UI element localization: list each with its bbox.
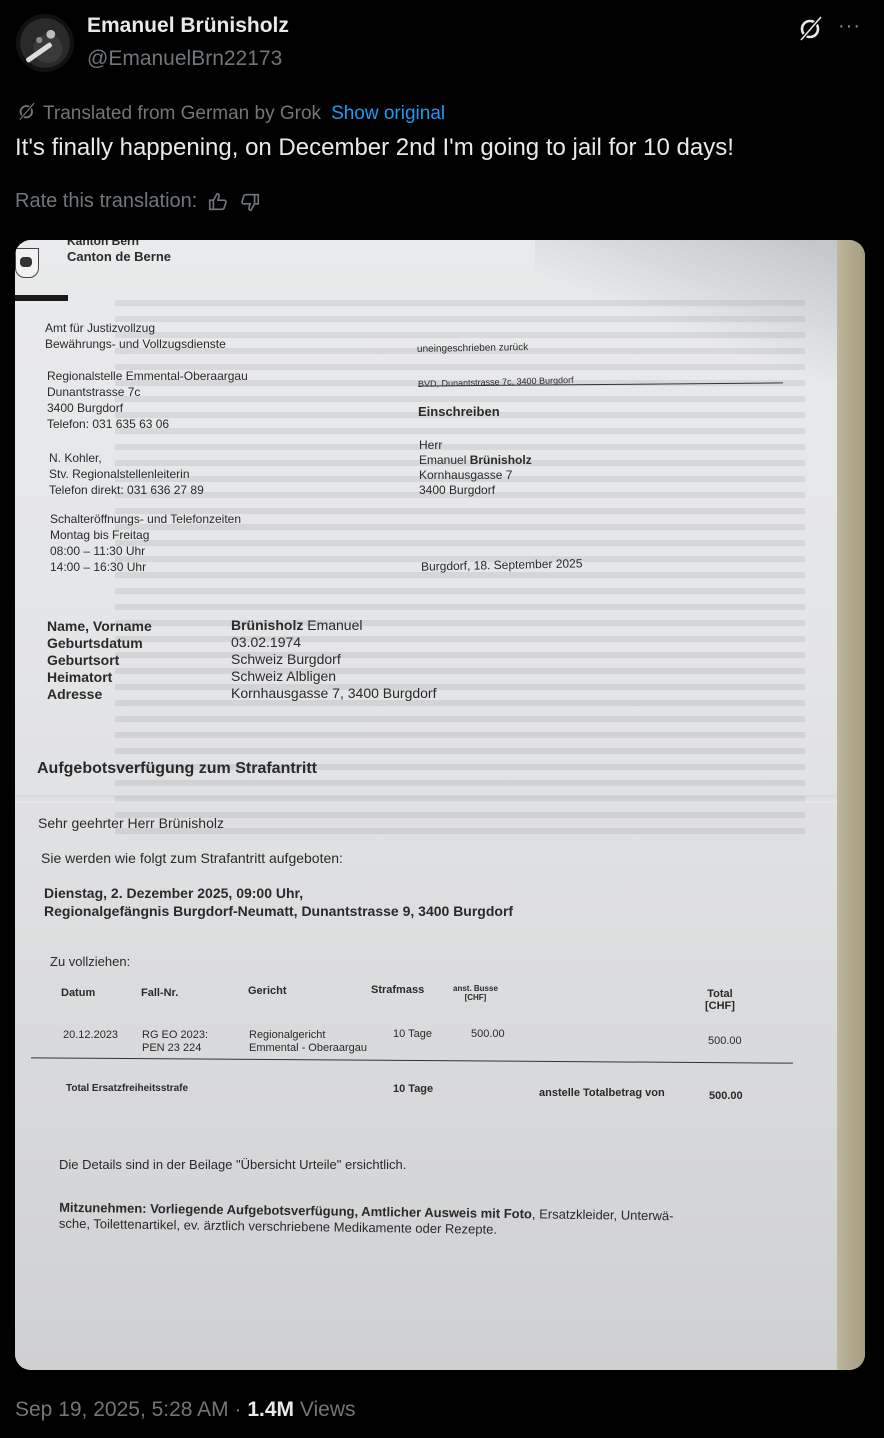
office-line: Amt für Justizvollzug [45,320,226,336]
label-address: Adresse [47,686,152,703]
phone-line: Telefon: 031 635 63 06 [47,416,248,432]
translation-notice: Translated from German by Grok Show orig… [17,101,445,127]
table-divider [31,1057,793,1063]
col-total: Total [CHF] [705,988,735,1012]
label-name: Name, Vorname [47,618,152,635]
row-case-line1: RG EO 2023: [142,1029,208,1042]
recipient-address: Herr Emanuel Brünisholz Kornhausgasse 7 … [419,438,532,498]
summary-total: 500.00 [709,1090,743,1103]
col-total-line1: Total [705,988,735,1000]
col-fine-line1: anst. Busse [453,984,498,993]
row-sentence: 10 Tage [393,1028,432,1041]
details-note: Die Details sind in der Beilage "Übersic… [59,1157,406,1172]
hours-afternoon: 14:00 – 16:30 Uhr [50,559,241,575]
hours-title: Schalteröffnungs- und Telefonzeiten [50,511,241,527]
value-home-town: Schweiz Albligen [231,668,436,685]
row-total: 500.00 [708,1035,742,1048]
translation-notice-text: Translated from German by Grok [43,103,321,125]
label-birth-place: Geburtsort [47,652,152,669]
recipient-salutation: Herr [419,438,532,453]
photo-shadow [535,240,837,380]
tweet-meta: Sep 19, 2025, 5:28 AM · 1.4M Views [15,1398,356,1422]
city-line: 3400 Burgdorf [47,400,248,416]
region-line: Regionalstelle Emmental-Oberaargau [47,368,248,384]
tweet-text: It's finally happening, on December 2nd … [15,134,734,162]
col-total-line2: [CHF] [705,1000,735,1012]
return-note: uneingeschrieben zurück [417,342,528,355]
row-court-line1: Regionalgericht [249,1029,367,1042]
hours-morning: 08:00 – 11:30 Uhr [50,543,241,559]
views-label: Views [294,1398,355,1421]
grok-icon[interactable] [797,14,825,42]
appointment-date: Dienstag, 2. Dezember 2025, 09:00 Uhr, [44,884,513,902]
more-icon[interactable]: ··· [838,16,864,36]
sender-office: Amt für Justizvollzug Bewährungs- und Vo… [45,320,226,352]
row-court: Regionalgericht Emmental - Oberaargau [249,1029,367,1055]
sender-address: Regionalstelle Emmental-Oberaargau Dunan… [47,368,248,432]
summary-sentence: 10 Tage [393,1083,433,1096]
letter-document: Kanton Bern Canton de Berne Amt für Just… [15,240,837,1370]
contact-name: N. Kohler, [49,450,204,466]
recipient-name: Emanuel Brünisholz [419,453,532,468]
bern-coat-of-arms-icon [15,248,39,278]
label-home-town: Heimatort [47,669,152,686]
intro-text: Sie werden wie folgt zum Strafantritt au… [41,850,343,866]
contact-person: N. Kohler, Stv. Regionalstellenleiterin … [49,450,204,498]
opening-hours: Schalteröffnungs- und Telefonzeiten Mont… [50,511,241,575]
value-first-name: Emanuel [307,617,362,633]
show-original-link[interactable]: Show original [331,103,445,125]
avatar[interactable] [16,14,74,72]
value-birth-place: Schweiz Burgdorf [231,651,436,668]
street-line: Dunantstrasse 7c [47,384,248,400]
row-date: 20.12.2023 [63,1029,118,1042]
document-title: Aufgebotsverfügung zum Strafantritt [37,760,317,778]
row-case: RG EO 2023: PEN 23 224 [142,1029,208,1055]
col-court: Gericht [248,985,287,997]
display-name[interactable]: Emanuel Brünisholz [87,14,289,38]
avatar-photo-detail [25,42,52,63]
contact-phone: Telefon direkt: 031 636 27 89 [49,482,204,498]
person-labels: Name, Vorname Geburtsdatum Geburtsort He… [47,618,152,703]
items-to-bring: Mitzunehmen: Vorliegende Aufgebotsverfüg… [59,1200,674,1241]
items-rest1: , Ersatzkleider, Unterwä- [532,1206,674,1223]
row-court-line2: Emmental - Oberaargau [249,1042,367,1055]
col-date: Datum [61,987,95,999]
meta-separator: · [229,1398,248,1421]
value-name: Brünisholz Emanuel [231,617,436,634]
value-last-name: Brünisholz [231,617,303,633]
recipient-last-name: Brünisholz [470,453,532,467]
value-birth-date: 03.02.1974 [231,634,436,651]
handle[interactable]: @EmanuelBrn22173 [87,47,282,71]
canton-name-de: Kanton Bern [67,240,139,248]
summary-instead-label: anstelle Totalbetrag von [539,1087,665,1100]
col-case: Fall-Nr. [141,987,178,999]
thumbs-up-icon[interactable] [207,191,229,213]
views-count: 1.4M [247,1398,294,1421]
appointment-place: Regionalgefängnis Burgdorf-Neumatt, Duna… [44,902,513,920]
row-fine: 500.00 [471,1028,505,1041]
background-surface [837,240,865,1370]
col-fine-line2: [CHF] [453,993,498,1002]
summary-label: Total Ersatzfreiheitsstrafe [66,1082,188,1095]
value-address: Kornhausgasse 7, 3400 Burgdorf [231,685,436,702]
appointment: Dienstag, 2. Dezember 2025, 09:00 Uhr, R… [44,884,513,920]
letterhead-bar [15,295,68,301]
col-sentence: Strafmass [371,984,424,996]
hours-days: Montag bis Freitag [50,527,241,543]
contact-role: Stv. Regionalstellenleiterin [49,466,204,482]
row-case-line2: PEN 23 224 [142,1042,208,1055]
timestamp[interactable]: Sep 19, 2025, 5:28 AM [15,1398,229,1421]
recipient-first-name: Emanuel [419,453,466,467]
rate-translation: Rate this translation: [15,190,261,213]
attached-photo[interactable]: Kanton Bern Canton de Berne Amt für Just… [15,240,865,1370]
execute-label: Zu vollziehen: [50,954,130,969]
col-fine: anst. Busse [CHF] [453,984,498,1002]
recipient-street: Kornhausgasse 7 [419,468,532,483]
canton-name-fr: Canton de Berne [67,249,171,264]
greeting: Sehr geehrter Herr Brünisholz [38,815,224,831]
registered-mail-label: Einschreiben [418,404,500,419]
label-birth-date: Geburtsdatum [47,635,152,652]
recipient-city: 3400 Burgdorf [419,483,532,498]
grok-icon [17,101,37,127]
thumbs-down-icon[interactable] [239,191,261,213]
person-values: Brünisholz Emanuel 03.02.1974 Schweiz Bu… [231,617,436,702]
department-line: Bewährungs- und Vollzugsdienste [45,336,226,352]
rate-label: Rate this translation: [15,190,197,213]
